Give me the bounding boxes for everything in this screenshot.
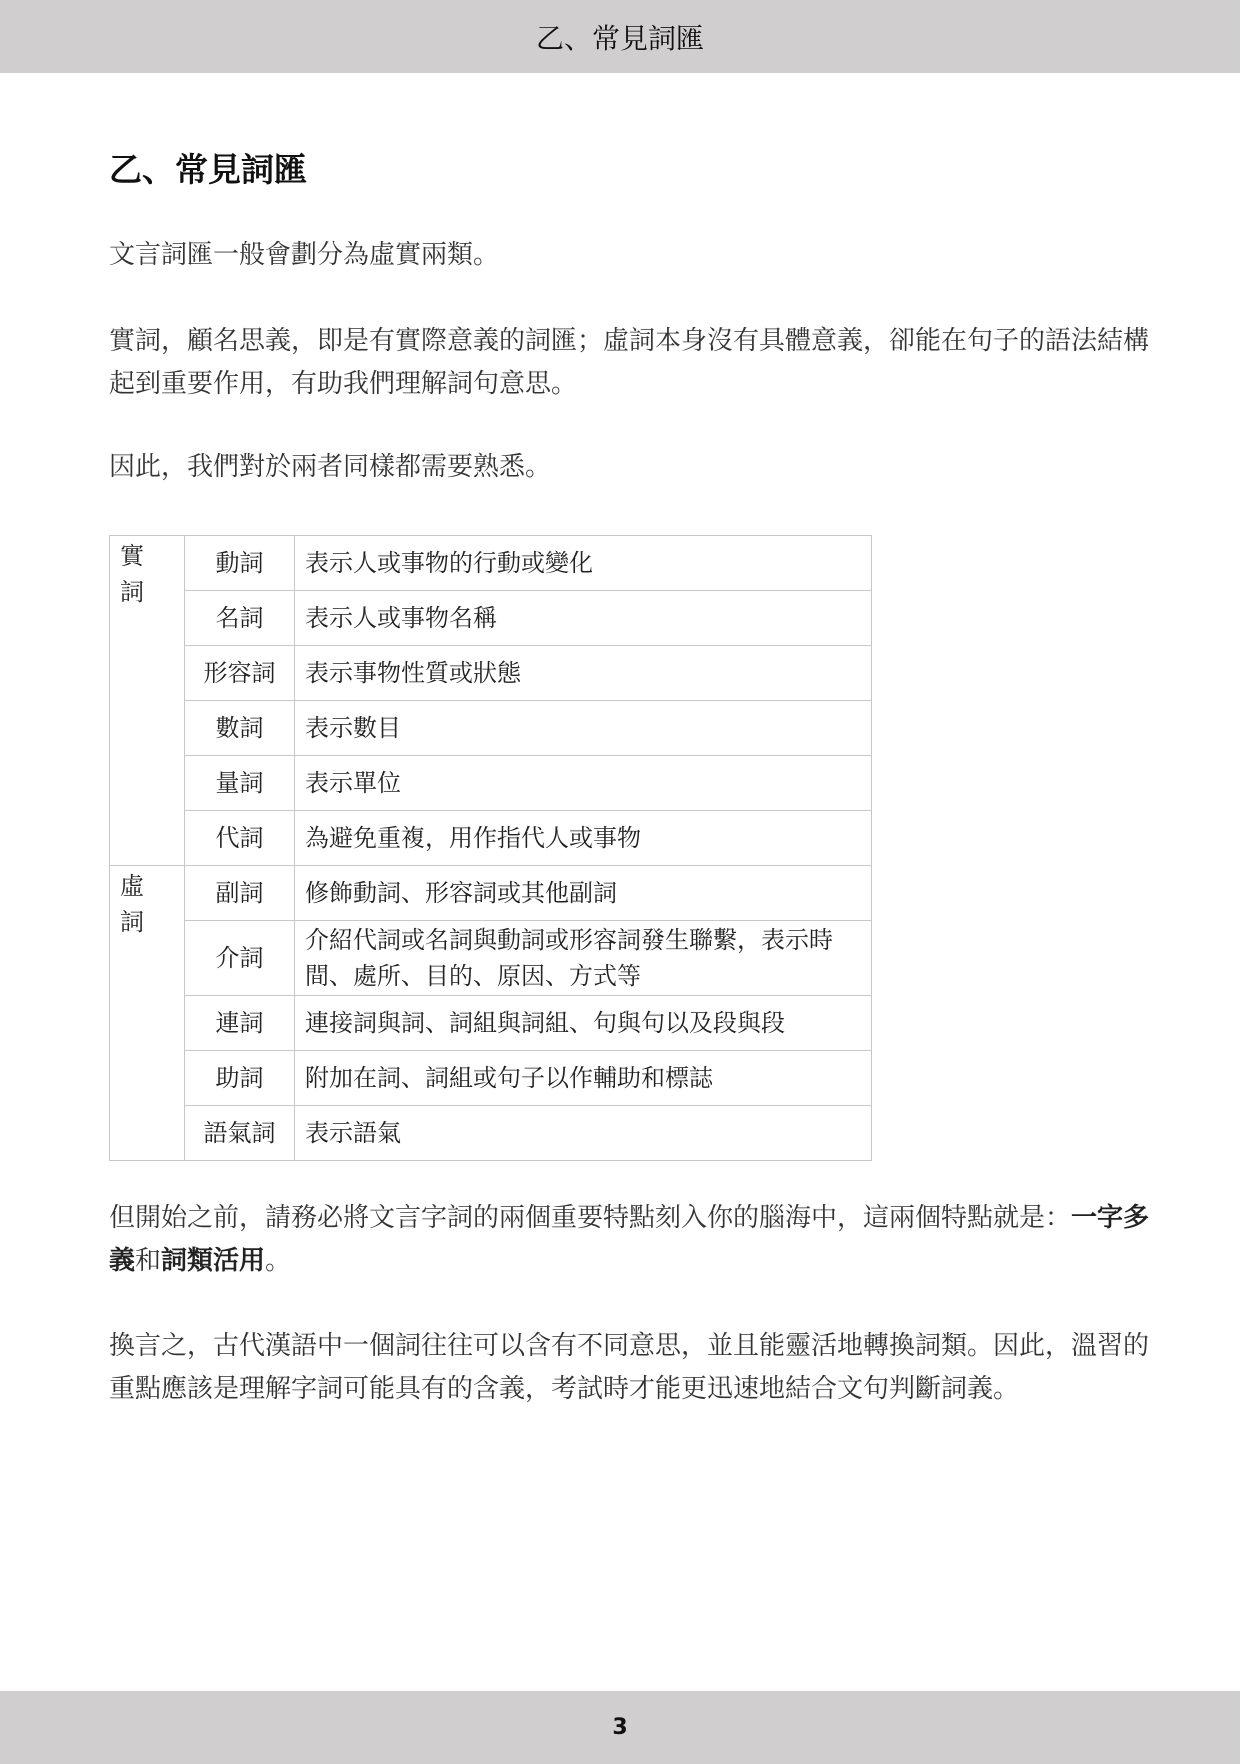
word-type-description: 表示人或事物的行動或變化 xyxy=(295,536,872,591)
page-footer: 3 xyxy=(0,1691,1240,1764)
table-row: 量詞 表示單位 xyxy=(110,756,872,811)
word-type: 量詞 xyxy=(185,756,295,811)
word-type-description: 表示人或事物名稱 xyxy=(295,591,872,646)
emphasis-word-class-conversion: 詞類活用 xyxy=(161,1246,265,1276)
section-title: 乙、常見詞匯 xyxy=(109,140,1169,200)
word-type: 助詞 xyxy=(185,1051,295,1106)
word-type: 動詞 xyxy=(185,536,295,591)
group-label-function-words: 虛 詞 xyxy=(110,866,185,1161)
paragraph-definition: 實詞，顧名思義，即是有實際意義的詞匯；虛詞本身沒有具體意義，卻能在句子的語法結構… xyxy=(109,320,1169,406)
table-row: 代詞 為避免重複，用作指代人或事物 xyxy=(110,811,872,866)
word-type: 名詞 xyxy=(185,591,295,646)
table-row: 助詞 附加在詞、詞組或句子以作輔助和標誌 xyxy=(110,1051,872,1106)
word-type: 連詞 xyxy=(185,996,295,1051)
word-type: 數詞 xyxy=(185,701,295,756)
word-type: 語氣詞 xyxy=(185,1106,295,1161)
group-label-content-words: 實 詞 xyxy=(110,536,185,866)
table-row: 虛 詞 副詞 修飾動詞、形容詞或其他副詞 xyxy=(110,866,872,921)
paragraph-study-advice: 換言之，古代漢語中一個詞往往可以含有不同意思，並且能靈活地轉換詞類。因此，溫習的… xyxy=(109,1325,1169,1411)
page-header: 乙、常見詞匯 xyxy=(0,0,1240,73)
word-type: 代詞 xyxy=(185,811,295,866)
word-type-description: 表示數目 xyxy=(295,701,872,756)
word-type-description: 表示語氣 xyxy=(295,1106,872,1161)
table-row: 連詞 連接詞與詞、詞組與詞組、句與句以及段與段 xyxy=(110,996,872,1051)
word-type: 副詞 xyxy=(185,866,295,921)
word-class-table: 實 詞 動詞 表示人或事物的行動或變化 名詞 表示人或事物名稱 形容詞 表示事物… xyxy=(109,535,872,1161)
page-content: 乙、常見詞匯 文言詞匯一般會劃分為虛實兩類。 實詞，顧名思義，即是有實際意義的詞… xyxy=(109,140,1169,200)
word-type-description: 附加在詞、詞組或句子以作輔助和標誌 xyxy=(295,1051,872,1106)
word-type-description: 為避免重複，用作指代人或事物 xyxy=(295,811,872,866)
table-row: 介詞 介紹代詞或名詞與動詞或形容詞發生聯繫，表示時間、處所、目的、原因、方式等 xyxy=(110,921,872,996)
header-title: 乙、常見詞匯 xyxy=(536,17,704,57)
word-type-description: 表示單位 xyxy=(295,756,872,811)
word-type: 形容詞 xyxy=(185,646,295,701)
table-row: 語氣詞 表示語氣 xyxy=(110,1106,872,1161)
paragraph-conclusion: 因此，我們對於兩者同樣都需要熟悉。 xyxy=(109,446,551,489)
paragraph-intro: 文言詞匯一般會劃分為虛實兩類。 xyxy=(109,234,499,277)
paragraph-key-features: 但開始之前，請務必將文言字詞的兩個重要特點刻入你的腦海中，這兩個特點就是：一字多… xyxy=(109,1197,1169,1283)
table-row: 數詞 表示數目 xyxy=(110,701,872,756)
word-type-description: 連接詞與詞、詞組與詞組、句與句以及段與段 xyxy=(295,996,872,1051)
word-type-description: 修飾動詞、形容詞或其他副詞 xyxy=(295,866,872,921)
table-row: 實 詞 動詞 表示人或事物的行動或變化 xyxy=(110,536,872,591)
word-type-description: 介紹代詞或名詞與動詞或形容詞發生聯繫，表示時間、處所、目的、原因、方式等 xyxy=(295,921,872,996)
table-row: 形容詞 表示事物性質或狀態 xyxy=(110,646,872,701)
page-number: 3 xyxy=(612,1715,627,1740)
table-row: 名詞 表示人或事物名稱 xyxy=(110,591,872,646)
word-type: 介詞 xyxy=(185,921,295,996)
word-type-description: 表示事物性質或狀態 xyxy=(295,646,872,701)
